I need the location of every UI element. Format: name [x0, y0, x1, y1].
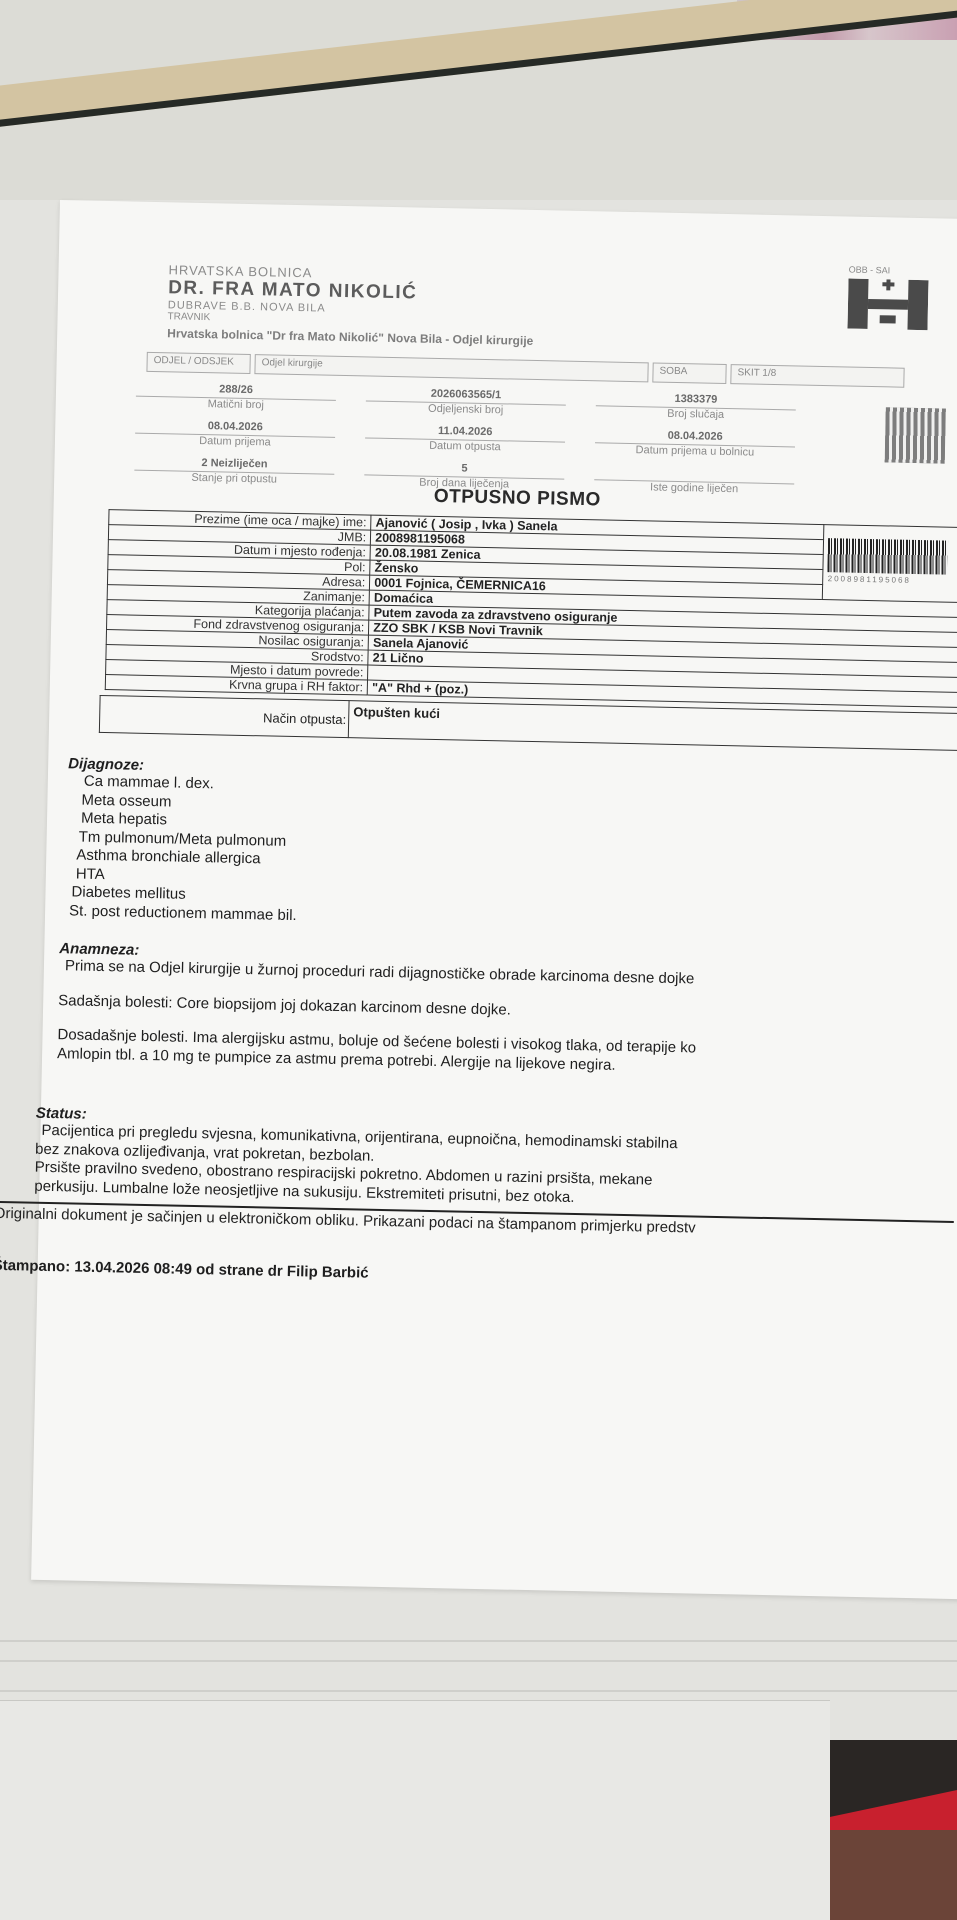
anamnesis-text: Sadašnja bolesti: Core biopsijom joj dok… — [58, 992, 697, 1024]
anamnesis-section: Anamneza: Prima se na Odjel kirurgije u … — [57, 940, 698, 1076]
room-label: SOBA — [652, 362, 726, 384]
hospital-header: HRVATSKA BOLNICA DR. FRA MATO NIKOLIĆ DU… — [167, 262, 535, 348]
diagnosis-item: St. post reductionem mammae bil. — [65, 902, 297, 925]
hospital-subtitle: Hrvatska bolnica "Dr fra Mato Nikolić" N… — [167, 326, 533, 348]
qr-code-icon — [885, 407, 946, 463]
stack-edge — [0, 1690, 957, 1692]
printed-by: Štampano: 13.04.2026 08:49 od strane dr … — [0, 1257, 369, 1282]
barcode-number: 2008981195068 — [828, 572, 957, 589]
diagnoses-list: Ca mammae l. dex.Meta osseumMeta hepatis… — [65, 772, 300, 925]
diagnoses-section: Dijagnoze: Ca mammae l. dex.Meta osseumM… — [65, 755, 300, 925]
discharge-value: Otpušten kući — [348, 701, 957, 751]
department-label: ODJEL / ODSJEK — [146, 352, 250, 374]
barcode-icon — [828, 538, 949, 575]
department-value: Odjel kirurgije — [254, 354, 648, 382]
discharge-label: Način otpusta: — [99, 695, 349, 737]
logo-label: OBB - SAI — [849, 265, 891, 276]
stack-edge — [0, 1660, 957, 1662]
discharge-letter-sheet: HRVATSKA BOLNICA DR. FRA MATO NIKOLIĆ DU… — [31, 200, 957, 1600]
department-row: ODJEL / ODSJEK Odjel kirurgije SOBA SKIT… — [146, 352, 904, 388]
room-value: SKIT 1/8 — [730, 364, 904, 388]
plastic-sleeve — [0, 1700, 830, 1920]
patient-info-table: Prezime (ime oca / majke) ime:Ajanović (… — [105, 509, 957, 708]
hospital-h-cross-icon — [847, 279, 928, 331]
barcode-cell: 2008981195068 — [823, 525, 957, 603]
status-section: Status: Pacijentica pri pregledu svjesna… — [34, 1105, 678, 1209]
stack-edge — [0, 1640, 957, 1642]
document-title: OTPUSNO PISMO — [434, 486, 601, 511]
